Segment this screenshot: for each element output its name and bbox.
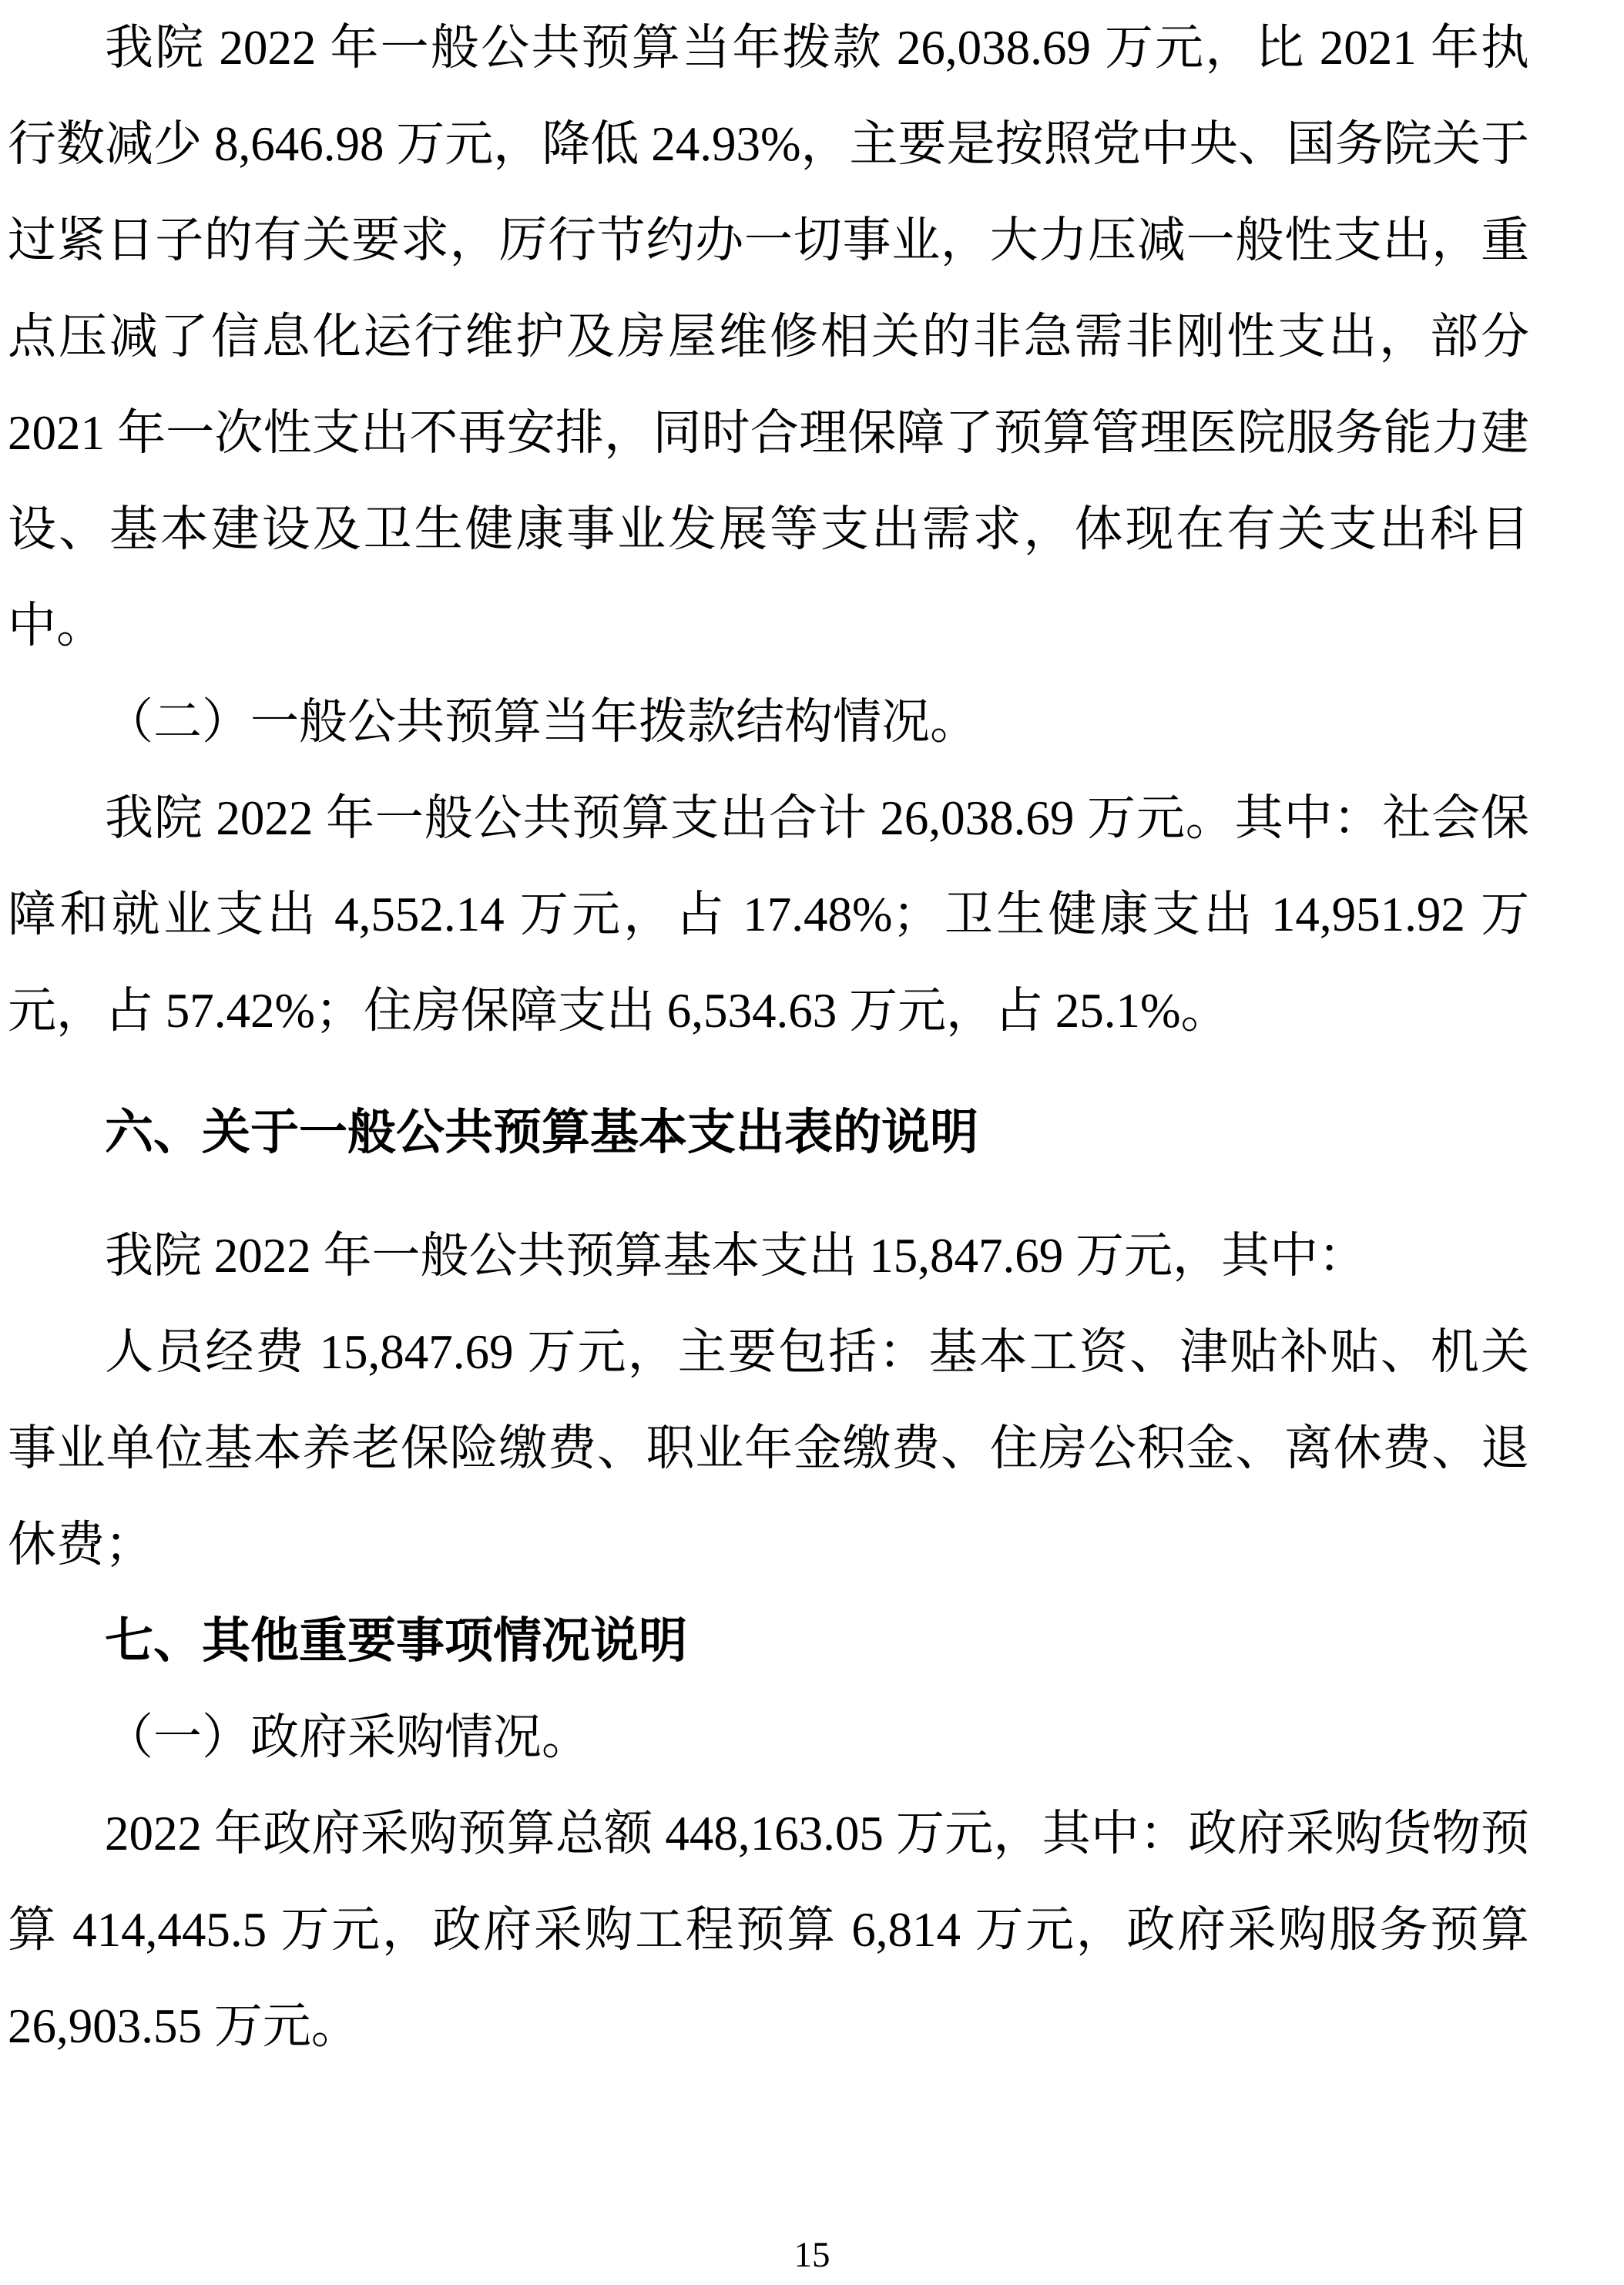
paragraph-expenditure-structure: 我院 2022 年一般公共预算支出合计 26,038.69 万元。其中：社会保障… (8, 770, 1529, 1059)
document-page: { "page": { "number": "15", "background_… (0, 0, 1624, 2285)
subheading-government-procurement: （一）政府采购情况。 (8, 1689, 1529, 1786)
document-body: 我院 2022 年一般公共预算当年拨款 26,038.69 万元，比 2021 … (0, 0, 1624, 2075)
heading-section-6-basic-expenditure: 六、关于一般公共预算基本支出表的说明 (8, 1085, 1529, 1181)
paragraph-procurement-detail: 2022 年政府采购预算总额 448,163.05 万元，其中：政府采购货物预算… (8, 1786, 1529, 2075)
paragraph-allocation-change: 我院 2022 年一般公共预算当年拨款 26,038.69 万元，比 2021 … (8, 0, 1529, 674)
heading-section-7-other-matters: 七、其他重要事项情况说明 (8, 1593, 1529, 1689)
page-number: 15 (0, 2236, 1624, 2274)
paragraph-personnel-expense: 人员经费 15,847.69 万元，主要包括：基本工资、津贴补贴、机关事业单位基… (8, 1304, 1529, 1593)
paragraph-basic-expenditure-total: 我院 2022 年一般公共预算基本支出 15,847.69 万元，其中： (8, 1208, 1529, 1304)
subheading-allocation-structure: （二）一般公共预算当年拨款结构情况。 (8, 674, 1529, 770)
